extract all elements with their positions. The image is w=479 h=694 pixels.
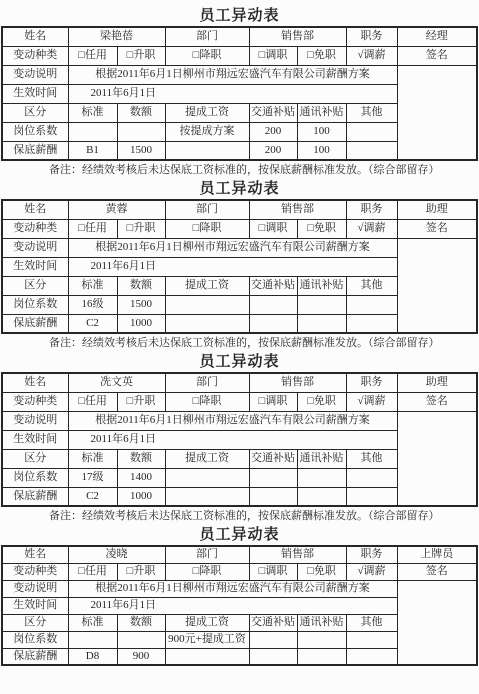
header-category: 区分 [2, 614, 68, 631]
employee-name-value: 梁艳蓓 [68, 27, 165, 46]
header-category: 区分 [2, 449, 68, 468]
effective-date-label: 生效时间 [2, 257, 68, 276]
effective-date-value: 2011年6月1日 [68, 430, 397, 449]
salary-telecom: 100 [297, 141, 346, 160]
table-row: 变动种类 □任用 □升职 □降职 □调职 □免职 √调薪 签名 [2, 219, 477, 238]
table-row: 变动说明 根据2011年6月1日柳州市翔远宏盛汽车有限公司薪酬方案 [2, 238, 477, 257]
checkbox-demote: □降职 [165, 563, 249, 580]
post-other [346, 468, 397, 487]
change-form-table: 姓名 黄蓉 部门 销售部 职务 助理 变动种类 □任用 □升职 □降职 □调职 … [1, 199, 478, 334]
salary-standard: B1 [68, 141, 117, 160]
effective-date-value: 2011年6月1日 [68, 84, 397, 103]
post-transport: 200 [249, 122, 297, 141]
checkbox-appoint: □任用 [68, 563, 117, 580]
checkbox-salary-adjust: √调薪 [346, 46, 397, 65]
post-transport [249, 631, 297, 648]
table-row: 姓名 凌晓 部门 销售部 职务 上牌员 [2, 546, 477, 563]
checkbox-dismiss: □免职 [297, 392, 346, 411]
change-desc-value: 根据2011年6月1日柳州市翔远宏盛汽车有限公司薪酬方案 [68, 65, 397, 84]
salary-commission [165, 487, 249, 506]
salary-transport: 200 [249, 141, 297, 160]
table-row: 姓名 冼文英 部门 销售部 职务 助理 [2, 373, 477, 392]
post-coeff-label: 岗位系数 [2, 122, 68, 141]
checkbox-transfer: □调职 [249, 563, 297, 580]
position-label: 职务 [346, 200, 397, 219]
post-coeff-label: 岗位系数 [2, 295, 68, 314]
form-title: 员工异动表 [0, 527, 479, 543]
change-desc-label: 变动说明 [2, 580, 68, 597]
header-amount: 数额 [117, 449, 165, 468]
employee-change-form-3: 员工异动表 姓名 冼文英 部门 销售部 职务 助理 变动种类 □任用 □升职 □… [0, 354, 479, 523]
salary-amount: 1000 [117, 314, 165, 333]
header-other: 其他 [346, 103, 397, 122]
dept-label: 部门 [165, 373, 249, 392]
header-transport: 交通补贴 [249, 276, 297, 295]
department-value: 销售部 [249, 27, 346, 46]
header-transport: 交通补贴 [249, 449, 297, 468]
change-form-table: 姓名 凌晓 部门 销售部 职务 上牌员 变动种类 □任用 □升职 □降职 □调职… [1, 545, 478, 666]
header-telecom: 通讯补贴 [297, 276, 346, 295]
change-form-table: 姓名 冼文英 部门 销售部 职务 助理 变动种类 □任用 □升职 □降职 □调职… [1, 372, 478, 507]
salary-transport [249, 314, 297, 333]
change-type-label: 变动种类 [2, 392, 68, 411]
checkbox-demote: □降职 [165, 219, 249, 238]
effective-date-value: 2011年6月1日 [68, 597, 397, 614]
change-type-label: 变动种类 [2, 46, 68, 65]
header-standard: 标准 [68, 614, 117, 631]
post-amount: 1500 [117, 295, 165, 314]
name-label: 姓名 [2, 546, 68, 563]
department-value: 销售部 [249, 200, 346, 219]
name-label: 姓名 [2, 27, 68, 46]
post-amount [117, 631, 165, 648]
header-transport: 交通补贴 [249, 614, 297, 631]
checkbox-appoint: □任用 [68, 219, 117, 238]
position-value: 助理 [397, 373, 477, 392]
checkbox-transfer: □调职 [249, 46, 297, 65]
table-row: 变动说明 根据2011年6月1日柳州市翔远宏盛汽车有限公司薪酬方案 [2, 411, 477, 430]
change-desc-label: 变动说明 [2, 238, 68, 257]
employee-name-value: 冼文英 [68, 373, 165, 392]
position-value: 上牌员 [397, 546, 477, 563]
salary-other [346, 141, 397, 160]
checkbox-dismiss: □免职 [297, 563, 346, 580]
header-telecom: 通讯补贴 [297, 103, 346, 122]
position-label: 职务 [346, 27, 397, 46]
form-title: 员工异动表 [0, 181, 479, 197]
salary-commission [165, 141, 249, 160]
sign-label: 签名 [397, 563, 477, 580]
post-coeff-label: 岗位系数 [2, 468, 68, 487]
table-row: 变动种类 □任用 □升职 □降职 □调职 □免职 √调薪 签名 [2, 46, 477, 65]
salary-other [346, 314, 397, 333]
post-amount [117, 122, 165, 141]
department-value: 销售部 [249, 373, 346, 392]
checkbox-dismiss: □免职 [297, 46, 346, 65]
salary-telecom [297, 648, 346, 665]
salary-standard: C2 [68, 487, 117, 506]
salary-transport [249, 648, 297, 665]
post-commission: 按提成方案 [165, 122, 249, 141]
header-amount: 数额 [117, 276, 165, 295]
post-transport [249, 295, 297, 314]
effective-date-value: 2011年6月1日 [68, 257, 397, 276]
signature-area [397, 65, 477, 160]
post-telecom: 100 [297, 122, 346, 141]
position-value: 经理 [397, 27, 477, 46]
post-other [346, 631, 397, 648]
salary-standard: D8 [68, 648, 117, 665]
form-note: 备注：经绩效考核后未达保底工资标准的，按保底薪酬标准发放。（综合部留存） [0, 163, 479, 177]
change-desc-label: 变动说明 [2, 411, 68, 430]
sign-label: 签名 [397, 392, 477, 411]
checkbox-salary-adjust: √调薪 [346, 219, 397, 238]
form-note: 备注：经绩效考核后未达保底工资标准的，按保底薪酬标准发放。（综合部留存） [0, 336, 479, 350]
dept-label: 部门 [165, 27, 249, 46]
signature-area [397, 580, 477, 665]
effective-date-label: 生效时间 [2, 597, 68, 614]
header-other: 其他 [346, 614, 397, 631]
signature-area [397, 238, 477, 333]
salary-commission [165, 648, 249, 665]
employee-name-value: 凌晓 [68, 546, 165, 563]
signature-area [397, 411, 477, 506]
effective-date-label: 生效时间 [2, 430, 68, 449]
change-form-table: 姓名 梁艳蓓 部门 销售部 职务 经理 变动种类 □任用 □升职 □降职 □调职… [1, 26, 478, 161]
header-commission: 提成工资 [165, 449, 249, 468]
header-amount: 数额 [117, 103, 165, 122]
salary-label: 保底薪酬 [2, 648, 68, 665]
post-transport [249, 468, 297, 487]
header-amount: 数额 [117, 614, 165, 631]
effective-date-label: 生效时间 [2, 84, 68, 103]
table-row: 姓名 黄蓉 部门 销售部 职务 助理 [2, 200, 477, 219]
post-telecom [297, 295, 346, 314]
header-category: 区分 [2, 276, 68, 295]
checkbox-appoint: □任用 [68, 392, 117, 411]
change-type-label: 变动种类 [2, 219, 68, 238]
post-telecom [297, 631, 346, 648]
salary-label: 保底薪酬 [2, 314, 68, 333]
change-desc-value: 根据2011年6月1日柳州市翔远宏盛汽车有限公司薪酬方案 [68, 411, 397, 430]
table-row: 姓名 梁艳蓓 部门 销售部 职务 经理 [2, 27, 477, 46]
form-title: 员工异动表 [0, 354, 479, 370]
header-commission: 提成工资 [165, 103, 249, 122]
sign-label: 签名 [397, 219, 477, 238]
checkbox-dismiss: □免职 [297, 219, 346, 238]
salary-amount: 900 [117, 648, 165, 665]
post-other [346, 122, 397, 141]
post-standard [68, 631, 117, 648]
name-label: 姓名 [2, 373, 68, 392]
checkbox-salary-adjust: √调薪 [346, 392, 397, 411]
header-other: 其他 [346, 449, 397, 468]
checkbox-transfer: □调职 [249, 219, 297, 238]
table-row: 变动种类 □任用 □升职 □降职 □调职 □免职 √调薪 签名 [2, 392, 477, 411]
employee-change-form-1: 员工异动表 姓名 梁艳蓓 部门 销售部 职务 经理 变动种类 □任用 □升职 □… [0, 8, 479, 177]
position-label: 职务 [346, 373, 397, 392]
change-desc-label: 变动说明 [2, 65, 68, 84]
checkbox-promote: □升职 [117, 392, 165, 411]
header-telecom: 通讯补贴 [297, 614, 346, 631]
post-telecom [297, 468, 346, 487]
header-standard: 标准 [68, 276, 117, 295]
post-commission [165, 295, 249, 314]
salary-commission [165, 314, 249, 333]
change-desc-value: 根据2011年6月1日柳州市翔远宏盛汽车有限公司薪酬方案 [68, 238, 397, 257]
checkbox-demote: □降职 [165, 46, 249, 65]
header-category: 区分 [2, 103, 68, 122]
checkbox-promote: □升职 [117, 563, 165, 580]
employee-change-form-4: 员工异动表 姓名 凌晓 部门 销售部 职务 上牌员 变动种类 □任用 □升职 □… [0, 527, 479, 666]
department-value: 销售部 [249, 546, 346, 563]
sign-label: 签名 [397, 46, 477, 65]
name-label: 姓名 [2, 200, 68, 219]
post-commission: 900元+提成工资 [165, 631, 249, 648]
salary-amount: 1500 [117, 141, 165, 160]
header-commission: 提成工资 [165, 276, 249, 295]
position-label: 职务 [346, 546, 397, 563]
salary-other [346, 648, 397, 665]
change-type-label: 变动种类 [2, 563, 68, 580]
salary-amount: 1000 [117, 487, 165, 506]
post-commission [165, 468, 249, 487]
dept-label: 部门 [165, 200, 249, 219]
salary-label: 保底薪酬 [2, 487, 68, 506]
checkbox-promote: □升职 [117, 46, 165, 65]
change-desc-value: 根据2011年6月1日柳州市翔远宏盛汽车有限公司薪酬方案 [68, 580, 397, 597]
checkbox-salary-adjust: √调薪 [346, 563, 397, 580]
post-coeff-label: 岗位系数 [2, 631, 68, 648]
salary-label: 保底薪酬 [2, 141, 68, 160]
checkbox-demote: □降职 [165, 392, 249, 411]
dept-label: 部门 [165, 546, 249, 563]
salary-telecom [297, 314, 346, 333]
table-row: 变动说明 根据2011年6月1日柳州市翔远宏盛汽车有限公司薪酬方案 [2, 580, 477, 597]
form-title: 员工异动表 [0, 8, 479, 24]
post-amount: 1400 [117, 468, 165, 487]
employee-name-value: 黄蓉 [68, 200, 165, 219]
header-telecom: 通讯补贴 [297, 449, 346, 468]
header-standard: 标准 [68, 103, 117, 122]
salary-other [346, 487, 397, 506]
employee-change-form-2: 员工异动表 姓名 黄蓉 部门 销售部 职务 助理 变动种类 □任用 □升职 □降… [0, 181, 479, 350]
checkbox-promote: □升职 [117, 219, 165, 238]
header-standard: 标准 [68, 449, 117, 468]
table-row: 变动说明 根据2011年6月1日柳州市翔远宏盛汽车有限公司薪酬方案 [2, 65, 477, 84]
header-commission: 提成工资 [165, 614, 249, 631]
post-other [346, 295, 397, 314]
checkbox-appoint: □任用 [68, 46, 117, 65]
post-standard: 16级 [68, 295, 117, 314]
document-page: 员工异动表 姓名 梁艳蓓 部门 销售部 职务 经理 变动种类 □任用 □升职 □… [0, 0, 479, 694]
header-other: 其他 [346, 276, 397, 295]
salary-standard: C2 [68, 314, 117, 333]
post-standard: 17级 [68, 468, 117, 487]
form-note: 备注：经绩效考核后未达保底工资标准的，按保底薪酬标准发放。（综合部留存） [0, 509, 479, 523]
position-value: 助理 [397, 200, 477, 219]
salary-telecom [297, 487, 346, 506]
table-row: 变动种类 □任用 □升职 □降职 □调职 □免职 √调薪 签名 [2, 563, 477, 580]
salary-transport [249, 487, 297, 506]
checkbox-transfer: □调职 [249, 392, 297, 411]
header-transport: 交通补贴 [249, 103, 297, 122]
post-standard [68, 122, 117, 141]
